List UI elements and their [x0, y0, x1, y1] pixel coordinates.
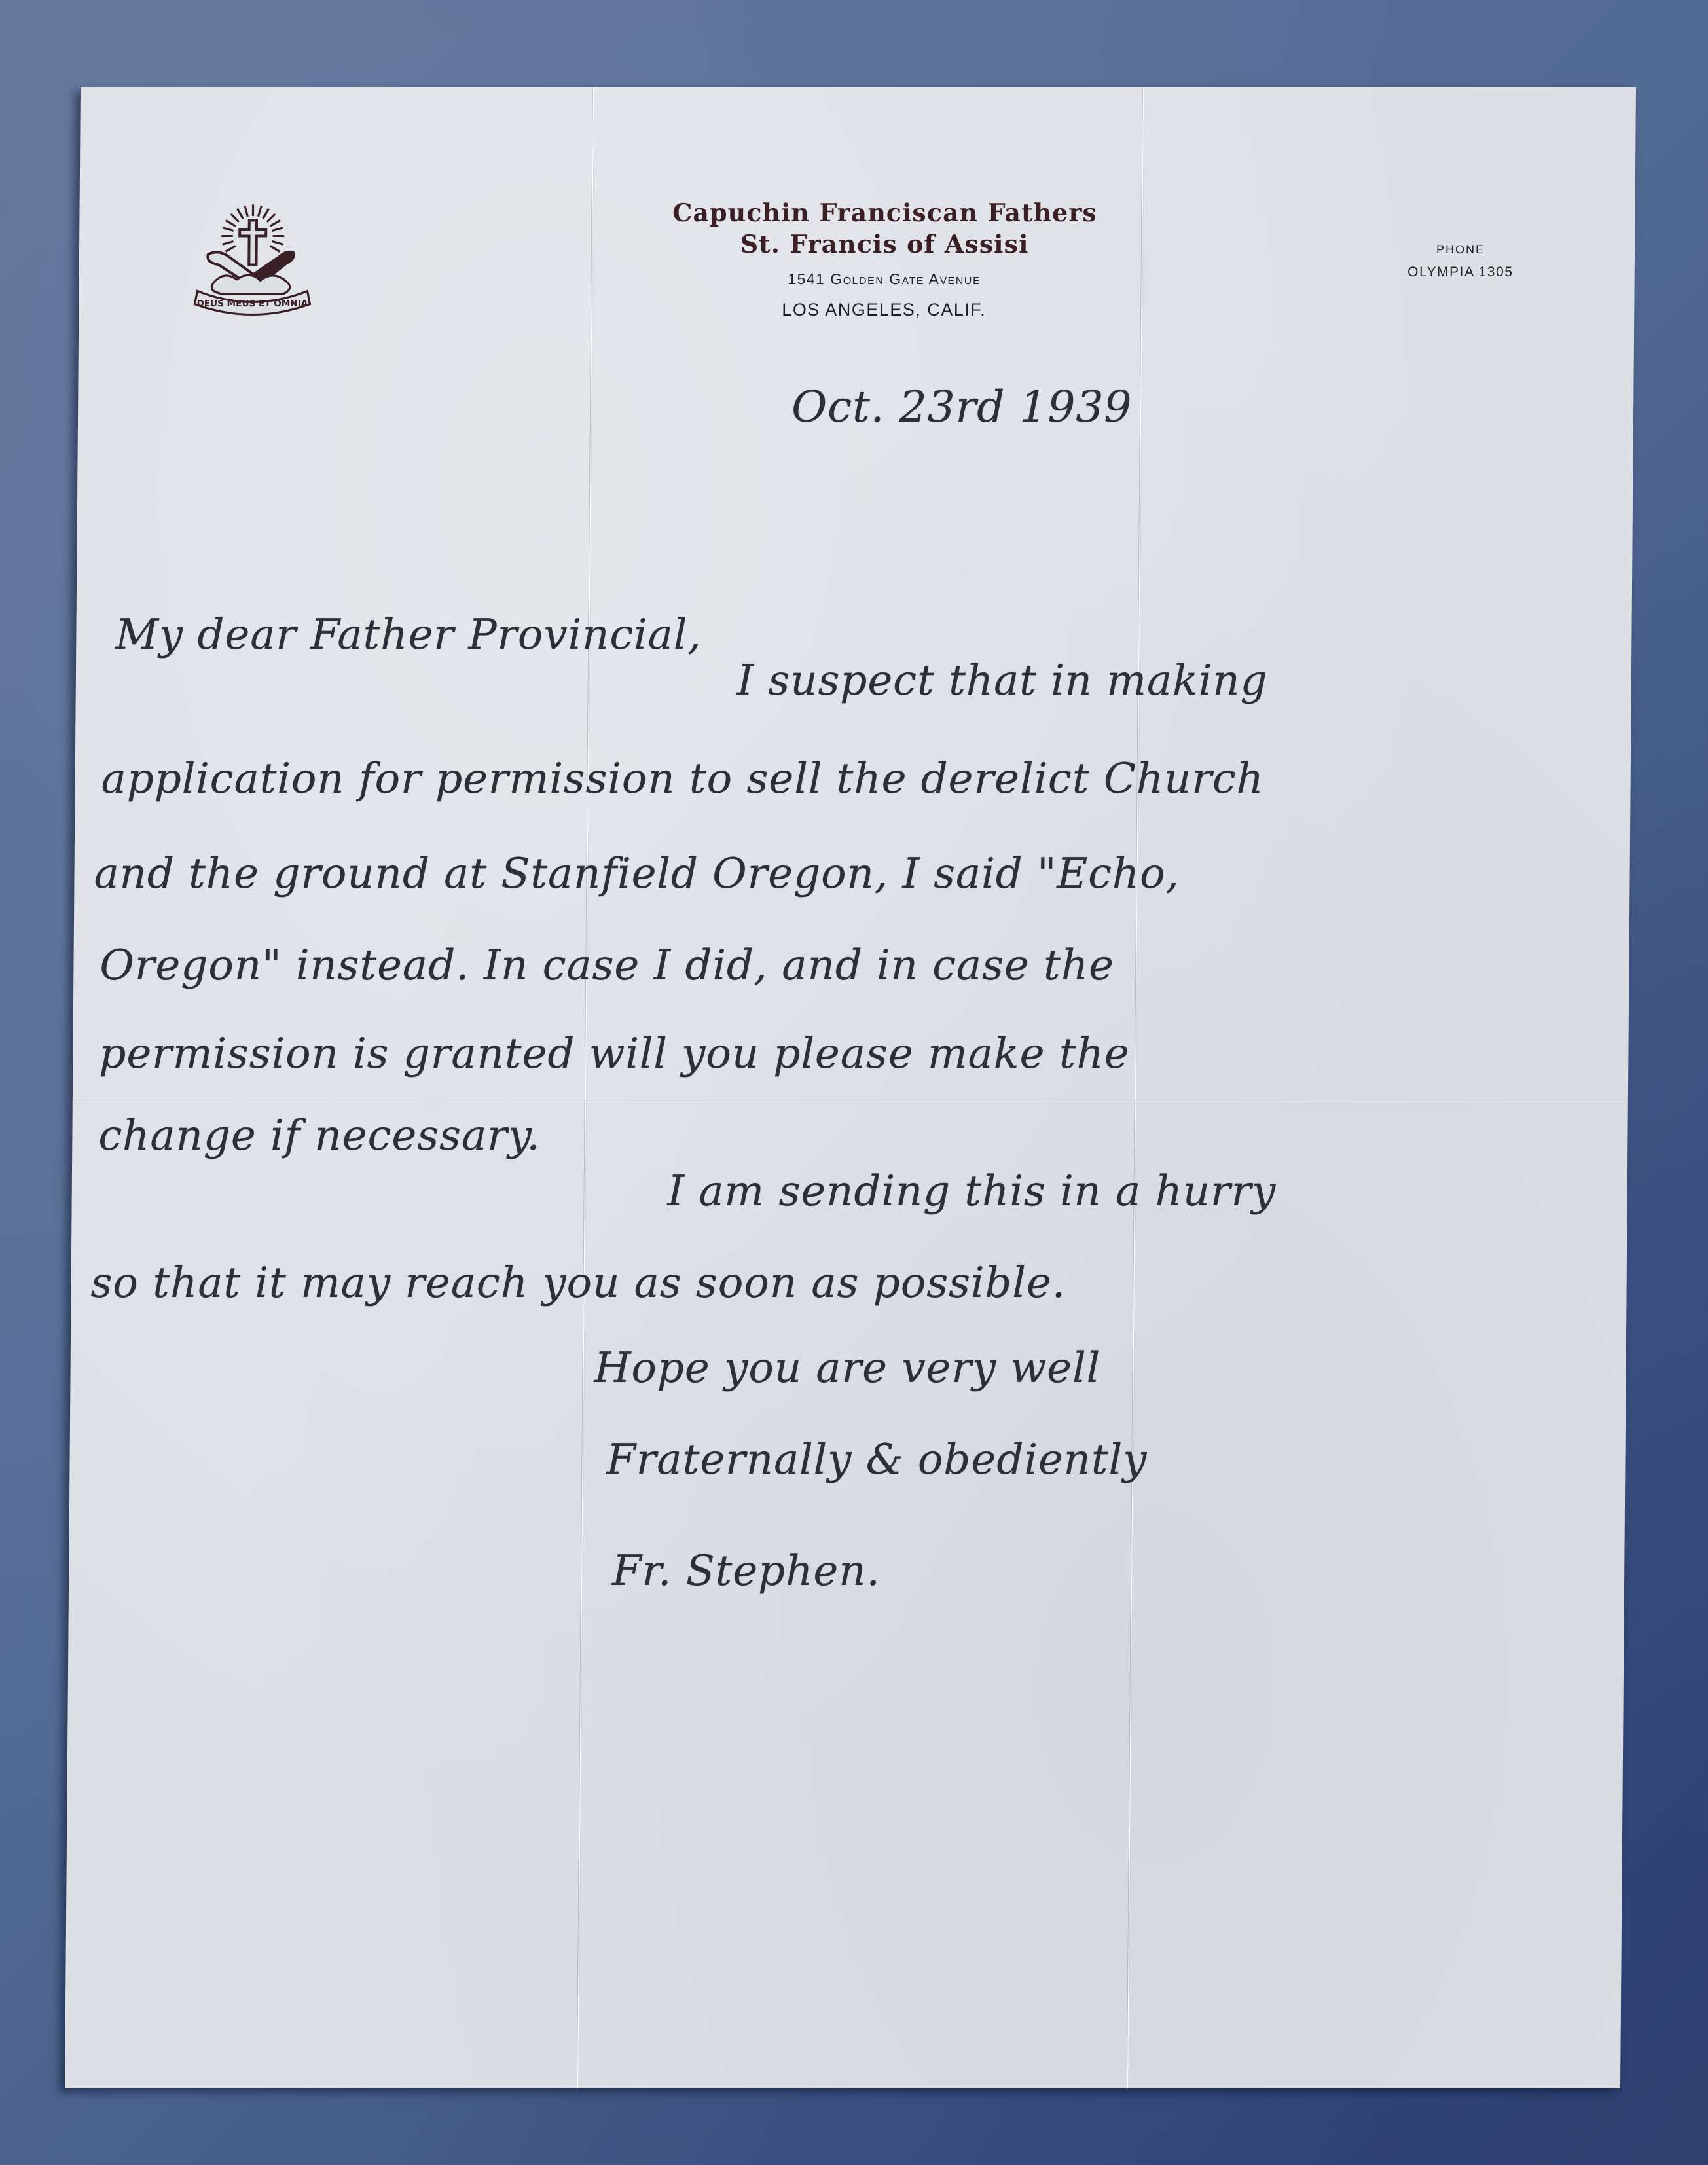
body-line-5: permission is granted will you please ma…: [99, 1030, 1130, 1078]
body-line-2: application for permission to sell the d…: [101, 755, 1264, 803]
signature: Fr. Stephen.: [612, 1547, 881, 1595]
body-line-3: and the ground at Stanfield Oregon, I sa…: [94, 850, 1180, 898]
seal-motto: DEUS MEUS ET OMNIA: [196, 299, 308, 310]
salutation: My dear Father Provincial,: [115, 611, 702, 659]
horizontal-fold-line: [73, 1100, 1628, 1102]
phone-number: OLYMPIA 1305: [1362, 264, 1559, 280]
phone-block: PHONE OLYMPIA 1305: [1362, 243, 1559, 280]
body-line-4: Oregon" instead. In case I did, and in c…: [100, 941, 1114, 990]
parish-name: St. Francis of Assisi: [603, 228, 1166, 260]
franciscan-seal-icon: DEUS MEUS ET OMNIA: [187, 193, 319, 321]
organization-name: Capuchin Franciscan Fathers: [603, 197, 1166, 228]
letter-date: Oct. 23rd 1939: [791, 382, 1133, 432]
valediction: Fraternally & obediently: [606, 1436, 1147, 1484]
body-line-8: so that it may reach you as soon as poss…: [90, 1259, 1066, 1307]
street-address: 1541 Golden Gate Avenue: [603, 270, 1166, 288]
phone-label: PHONE: [1362, 243, 1559, 257]
city-state: LOS ANGELES, CALIF.: [602, 300, 1165, 320]
body-line-1: I suspect that in making: [737, 657, 1268, 705]
closing-wish: Hope you are very well: [594, 1344, 1100, 1392]
vertical-fold-line-left: [577, 87, 594, 2088]
body-line-7: I am sending this in a hurry: [667, 1167, 1276, 1216]
letterhead: Capuchin Franciscan Fathers St. Francis …: [602, 197, 1166, 320]
body-line-6: change if necessary.: [98, 1112, 541, 1160]
letter-paper: DEUS MEUS ET OMNIA Capuchin Franciscan F…: [65, 87, 1636, 2088]
